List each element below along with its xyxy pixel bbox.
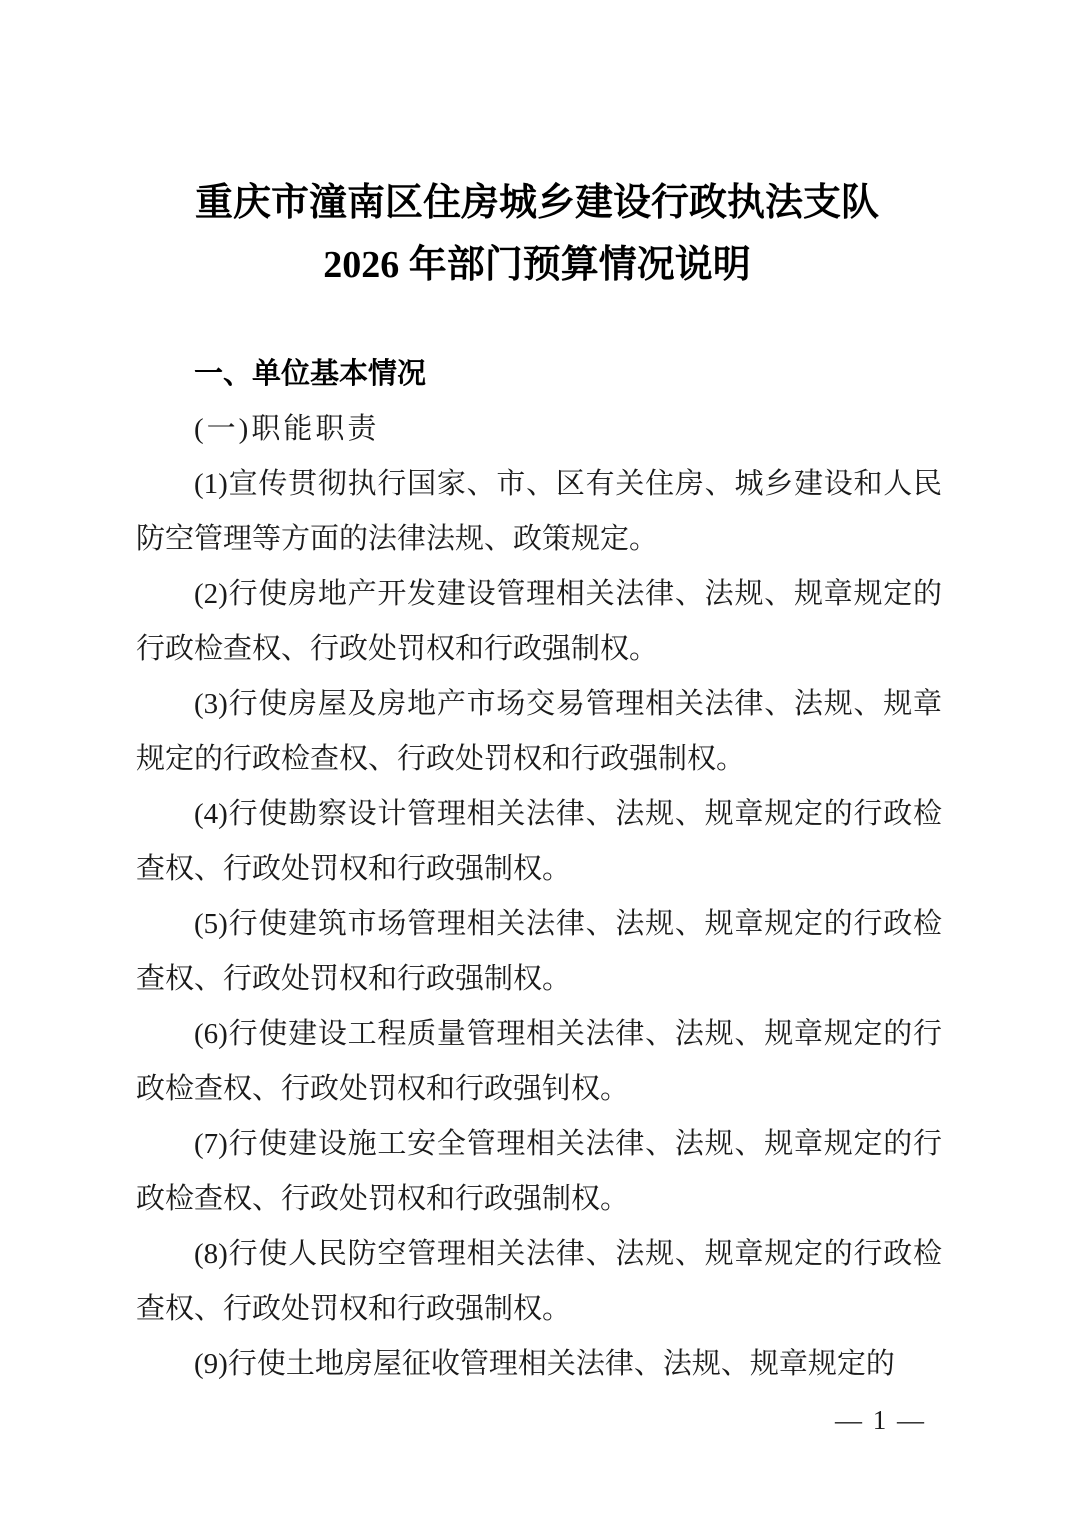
page-number: — 1 — [835, 1405, 926, 1436]
subsection-heading: (一)职能职责 [136, 402, 942, 457]
document-body: 一、单位基本情况 (一)职能职责 (1)宣传贯彻执行国家、市、区有关住房、城乡建… [136, 346, 942, 1392]
paragraph-8: (8)行使人民防空管理相关法律、法规、规章规定的行政检查权、行政处罚权和行政强制… [136, 1227, 942, 1337]
paragraph-3: (3)行使房屋及房地产市场交易管理相关法律、法规、规章规定的行政检查权、行政处罚… [136, 677, 942, 787]
paragraph-4: (4)行使勘察设计管理相关法律、法规、规章规定的行政检查权、行政处罚权和行政强制… [136, 787, 942, 897]
paragraph-7: (7)行使建设施工安全管理相关法律、法规、规章规定的行政检查权、行政处罚权和行政… [136, 1117, 942, 1227]
title-line-2: 2026 年部门预算情况说明 [0, 234, 1074, 296]
paragraph-6: (6)行使建设工程质量管理相关法律、法规、规章规定的行政检查权、行政处罚权和行政… [136, 1007, 942, 1117]
document-title: 重庆市潼南区住房城乡建设行政执法支队 2026 年部门预算情况说明 [0, 0, 1074, 296]
paragraph-1: (1)宣传贯彻执行国家、市、区有关住房、城乡建设和人民防空管理等方面的法律法规、… [136, 457, 942, 567]
paragraph-9: (9)行使土地房屋征收管理相关法律、法规、规章规定的 [136, 1337, 942, 1392]
paragraph-2: (2)行使房地产开发建设管理相关法律、法规、规章规定的行政检查权、行政处罚权和行… [136, 567, 942, 677]
document-page: 重庆市潼南区住房城乡建设行政执法支队 2026 年部门预算情况说明 一、单位基本… [0, 0, 1074, 1520]
paragraph-5: (5)行使建筑市场管理相关法律、法规、规章规定的行政检查权、行政处罚权和行政强制… [136, 897, 942, 1007]
section-heading: 一、单位基本情况 [136, 346, 942, 402]
title-line-1: 重庆市潼南区住房城乡建设行政执法支队 [0, 172, 1074, 234]
